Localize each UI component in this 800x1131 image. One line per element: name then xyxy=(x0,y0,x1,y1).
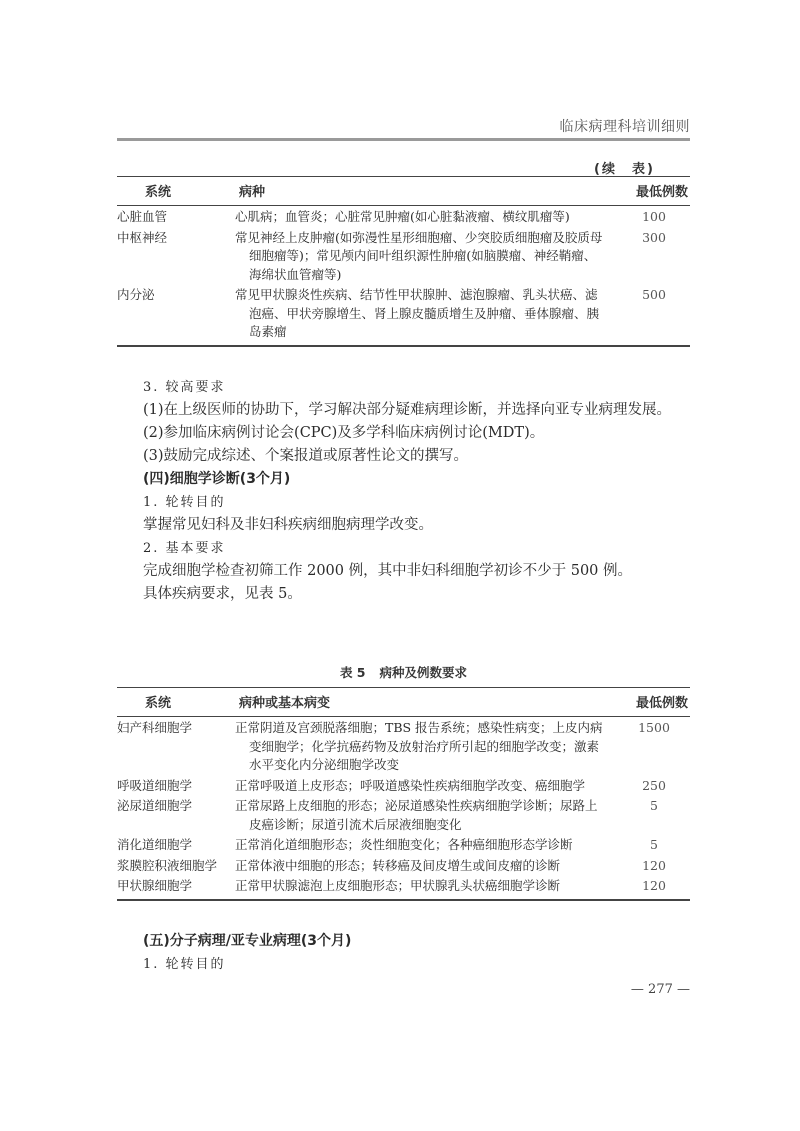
table-row: 泌尿道细胞学 正常尿路上皮细胞的形态；泌尿道感染性疾病细胞学诊断；尿路上皮癌诊断… xyxy=(117,795,690,834)
cell-disease: 正常阴道及宫颈脱落细胞；TBS 报告系统；感染性病变；上皮内病变细胞学；化学抗癌… xyxy=(235,719,606,775)
cell-system: 消化道细胞学 xyxy=(117,834,235,855)
section-heading: (五)分子病理/亚专业病理(3个月) xyxy=(117,930,690,953)
table-continued-label: (续 表) xyxy=(594,158,655,177)
cell-min-cases: 120 xyxy=(618,855,690,876)
table-header-row: 系统 病种 最低例数 xyxy=(117,177,690,206)
section-5: (五)分子病理/亚专业病理(3个月) 1. 轮转目的 xyxy=(117,930,690,976)
cell-disease: 正常尿路上皮细胞的形态；泌尿道感染性疾病细胞学诊断；尿路上皮癌诊断；尿道引流术后… xyxy=(235,797,606,834)
paragraph: (1)在上级医师的协助下，学习解决部分疑难病理诊断，并选择向亚专业病理发展。 xyxy=(117,399,690,422)
cell-disease: 常见神经上皮肿瘤(如弥漫性星形细胞瘤、少突胶质细胞瘤及胶质母细胞瘤等)；常见颅内… xyxy=(235,229,606,285)
column-header-system: 系统 xyxy=(117,688,235,717)
cell-system: 泌尿道细胞学 xyxy=(117,795,235,834)
cell-min-cases: 250 xyxy=(618,775,690,796)
cell-system: 心脏血管 xyxy=(117,206,235,227)
table-row: 消化道细胞学 正常消化道细胞形态；炎性细胞变化；各种癌细胞形态学诊断 5 xyxy=(117,834,690,855)
table-row: 妇产科细胞学 正常阴道及宫颈脱落细胞；TBS 报告系统；感染性病变；上皮内病变细… xyxy=(117,717,690,775)
subheading: 1. 轮转目的 xyxy=(117,953,690,976)
paragraph: 具体疾病要求，见表 5。 xyxy=(117,583,690,606)
paragraph: (3)鼓励完成综述、个案报道或原著性论文的撰写。 xyxy=(117,445,690,468)
paragraph: 掌握常见妇科及非妇科疾病细胞病理学改变。 xyxy=(117,514,690,537)
subheading: 3. 较高要求 xyxy=(117,376,690,399)
cell-min-cases: 5 xyxy=(618,834,690,855)
page-number: — 277 — xyxy=(600,982,690,997)
cell-disease: 正常呼吸道上皮形态；呼吸道感染性疾病细胞学改变、癌细胞学 xyxy=(235,777,606,796)
cell-min-cases: 5 xyxy=(618,795,690,834)
cell-system: 中枢神经 xyxy=(117,227,235,285)
cell-system: 内分泌 xyxy=(117,284,235,346)
table-row: 内分泌 常见甲状腺炎性疾病、结节性甲状腺肿、滤泡腺瘤、乳头状癌、滤泡癌、甲状旁腺… xyxy=(117,284,690,346)
table-row: 心脏血管 心肌病；血管炎；心脏常见肿瘤(如心脏黏液瘤、横纹肌瘤等) 100 xyxy=(117,206,690,227)
subheading: 2. 基本要求 xyxy=(117,537,690,560)
cell-system: 浆膜腔积液细胞学 xyxy=(117,855,235,876)
higher-requirements: 3. 较高要求 (1)在上级医师的协助下，学习解决部分疑难病理诊断，并选择向亚专… xyxy=(117,376,690,606)
table-header-row: 系统 病种或基本病变 最低例数 xyxy=(117,688,690,717)
table-caption: 表 5病种及例数要求 xyxy=(117,663,690,681)
column-header-system: 系统 xyxy=(117,177,235,206)
cell-min-cases: 500 xyxy=(618,284,690,346)
cell-system: 妇产科细胞学 xyxy=(117,717,235,775)
cell-system: 呼吸道细胞学 xyxy=(117,775,235,796)
table-continued: 系统 病种 最低例数 心脏血管 心肌病；血管炎；心脏常见肿瘤(如心脏黏液瘤、横纹… xyxy=(117,176,690,347)
paragraph: 完成细胞学检查初筛工作 2000 例，其中非妇科细胞学初诊不少于 500 例。 xyxy=(117,560,690,583)
column-header-disease: 病种或基本病变 xyxy=(235,688,618,717)
table-row: 中枢神经 常见神经上皮肿瘤(如弥漫性星形细胞瘤、少突胶质细胞瘤及胶质母细胞瘤等)… xyxy=(117,227,690,285)
cell-disease: 心肌病；血管炎；心脏常见肿瘤(如心脏黏液瘤、横纹肌瘤等) xyxy=(235,208,606,227)
cell-min-cases: 120 xyxy=(618,875,690,900)
table-title: 病种及例数要求 xyxy=(380,665,468,680)
section-heading: (四)细胞学诊断(3个月) xyxy=(117,468,690,491)
table-5: 系统 病种或基本病变 最低例数 妇产科细胞学 正常阴道及宫颈脱落细胞；TBS 报… xyxy=(117,687,690,901)
cell-disease: 正常消化道细胞形态；炎性细胞变化；各种癌细胞形态学诊断 xyxy=(235,836,606,855)
column-header-disease: 病种 xyxy=(235,177,618,206)
table-row: 呼吸道细胞学 正常呼吸道上皮形态；呼吸道感染性疾病细胞学改变、癌细胞学 250 xyxy=(117,775,690,796)
cell-disease: 正常甲状腺滤泡上皮细胞形态；甲状腺乳头状癌细胞学诊断 xyxy=(235,877,606,896)
column-header-min-cases: 最低例数 xyxy=(618,177,690,206)
table-number: 表 5 xyxy=(340,665,366,680)
header-rule xyxy=(117,138,690,141)
table-row: 浆膜腔积液细胞学 正常体液中细胞的形态；转移癌及间皮增生或间皮瘤的诊断 120 xyxy=(117,855,690,876)
cell-disease: 常见甲状腺炎性疾病、结节性甲状腺肿、滤泡腺瘤、乳头状癌、滤泡癌、甲状旁腺增生、肾… xyxy=(235,286,606,342)
column-header-min-cases: 最低例数 xyxy=(618,688,690,717)
running-header-title: 临床病理科培训细则 xyxy=(540,116,690,136)
cell-min-cases: 1500 xyxy=(618,717,690,775)
cell-min-cases: 300 xyxy=(618,227,690,285)
cell-min-cases: 100 xyxy=(618,206,690,227)
subheading: 1. 轮转目的 xyxy=(117,491,690,514)
paragraph: (2)参加临床病例讨论会(CPC)及多学科临床病例讨论(MDT)。 xyxy=(117,422,690,445)
cell-system: 甲状腺细胞学 xyxy=(117,875,235,900)
cell-disease: 正常体液中细胞的形态；转移癌及间皮增生或间皮瘤的诊断 xyxy=(235,857,606,876)
table-row: 甲状腺细胞学 正常甲状腺滤泡上皮细胞形态；甲状腺乳头状癌细胞学诊断 120 xyxy=(117,875,690,900)
